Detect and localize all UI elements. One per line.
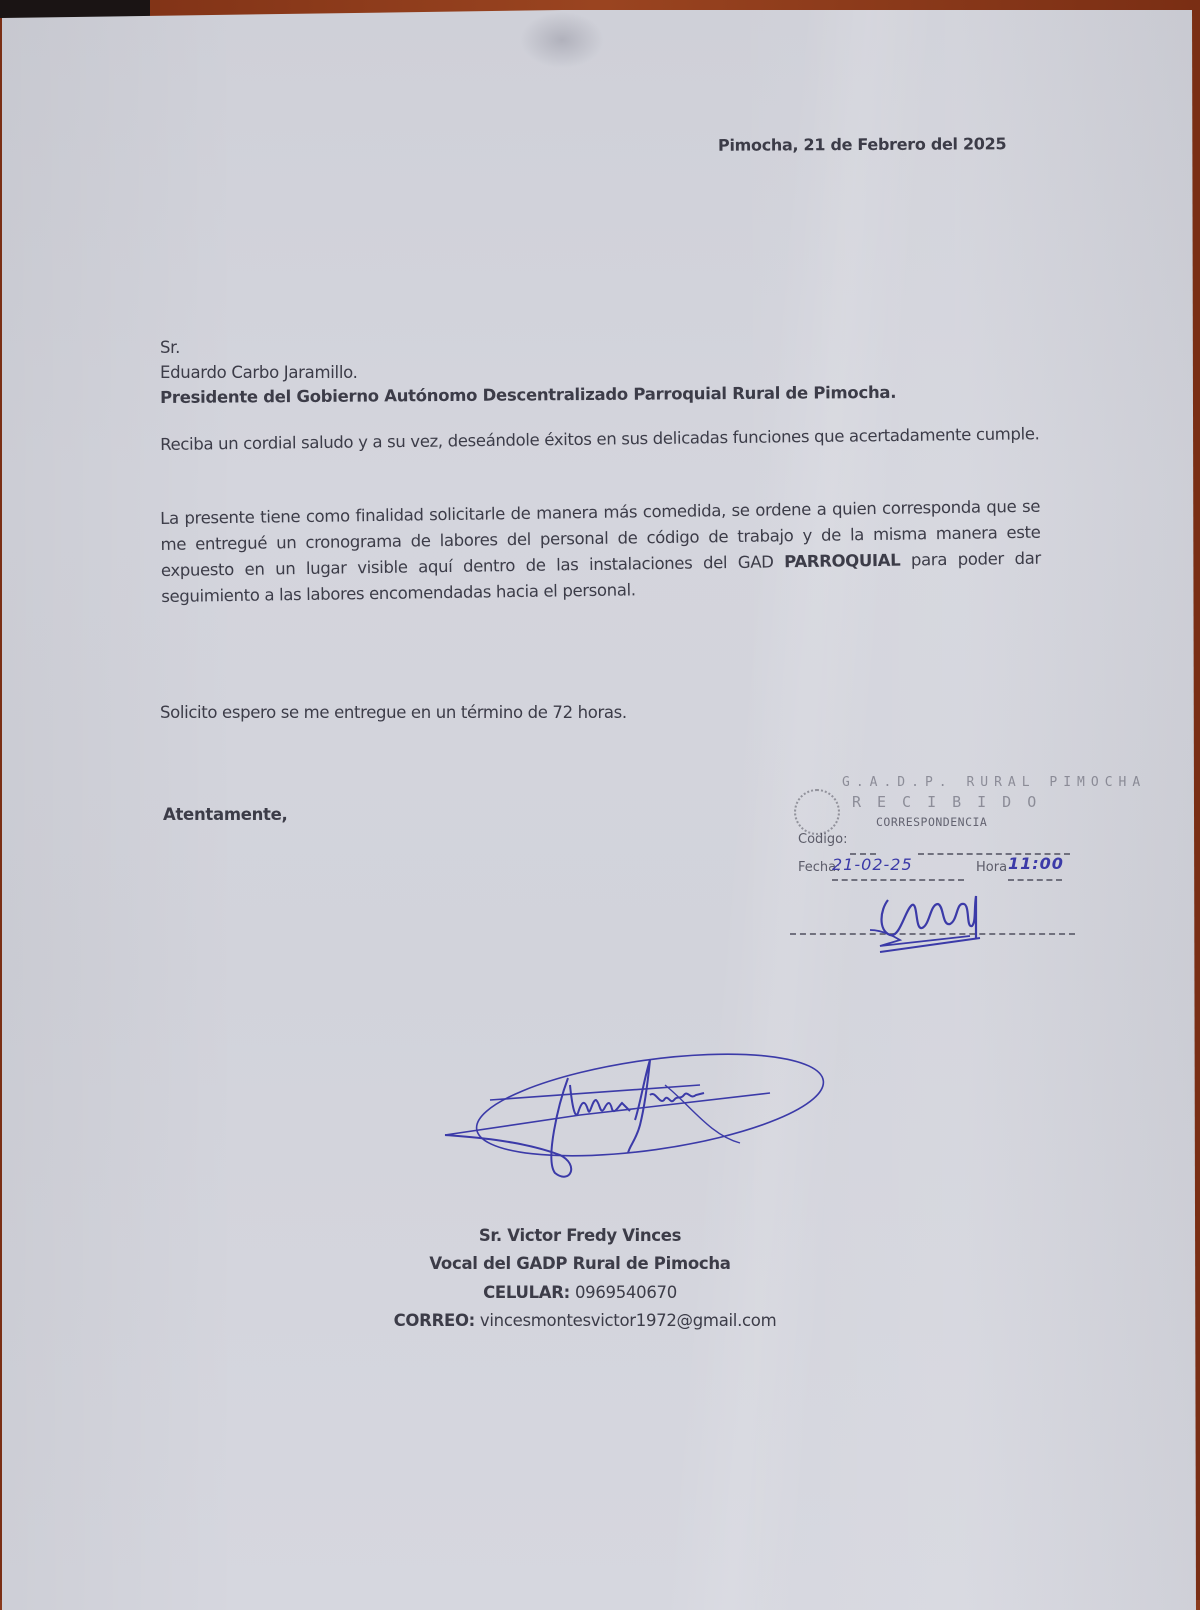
signer-name: Sr. Victor Fredy Vinces: [0, 1226, 1180, 1245]
receiver-signature-icon: [860, 890, 1000, 960]
handwritten-signature-icon: [440, 1045, 830, 1205]
stamp-department: CORRESPONDENCIA: [876, 815, 987, 829]
stamp-fecha-value: 21-02-25: [832, 855, 913, 874]
reception-stamp: G.A.D.P. RURAL PIMOCHA RECIBIDO CORRESPO…: [790, 775, 1080, 955]
deadline-text: Solicito espero se me entregue en un tér…: [160, 703, 627, 722]
request-text-bold: PARROQUIAL: [784, 551, 900, 572]
signer-email-line: CORREO: vincesmontesvictor1972@gmail.com: [0, 1311, 1185, 1330]
stamp-seal-icon: [794, 789, 840, 835]
email-address: vincesmontesvictor1972@gmail.com: [480, 1311, 776, 1330]
recipient-name: Eduardo Carbo Jaramillo.: [160, 363, 358, 382]
phone-number: 0969540670: [575, 1283, 677, 1302]
body-paragraph-request: La presente tiene como finalidad solicit…: [160, 494, 1041, 610]
signer-phone-line: CELULAR: 0969540670: [0, 1283, 1180, 1302]
codigo-label-text: Codigo: [798, 832, 843, 847]
phone-label: CELULAR:: [483, 1283, 570, 1302]
stamp-hora-value: 11:00: [1008, 854, 1064, 873]
fecha-label-text: Fecha: [798, 860, 836, 875]
stamp-organization: G.A.D.P. RURAL PIMOCHA: [842, 775, 1146, 790]
stamp-hora-label: Hora: [976, 860, 1007, 875]
letter-closing: Atentamente,: [163, 805, 288, 824]
email-label: CORREO:: [394, 1311, 475, 1330]
recipient-salutation: Sr.: [160, 338, 180, 357]
signer-signature: [440, 1045, 830, 1205]
hora-label-text: Hora: [976, 860, 1007, 875]
stamp-status: RECIBIDO: [852, 793, 1052, 811]
signer-role: Vocal del GADP Rural de Pimocha: [0, 1254, 1180, 1273]
hora-dash-line: [1008, 879, 1062, 881]
letter-date: Pimocha, 21 de Febrero del 2025: [718, 134, 1006, 155]
body-paragraph-deadline: Solicito espero se me entregue en un tér…: [160, 700, 1040, 726]
fecha-dash-line: [832, 879, 964, 881]
stamp-codigo-label: Codigo:: [798, 832, 848, 847]
background-shadow: [0, 0, 150, 18]
